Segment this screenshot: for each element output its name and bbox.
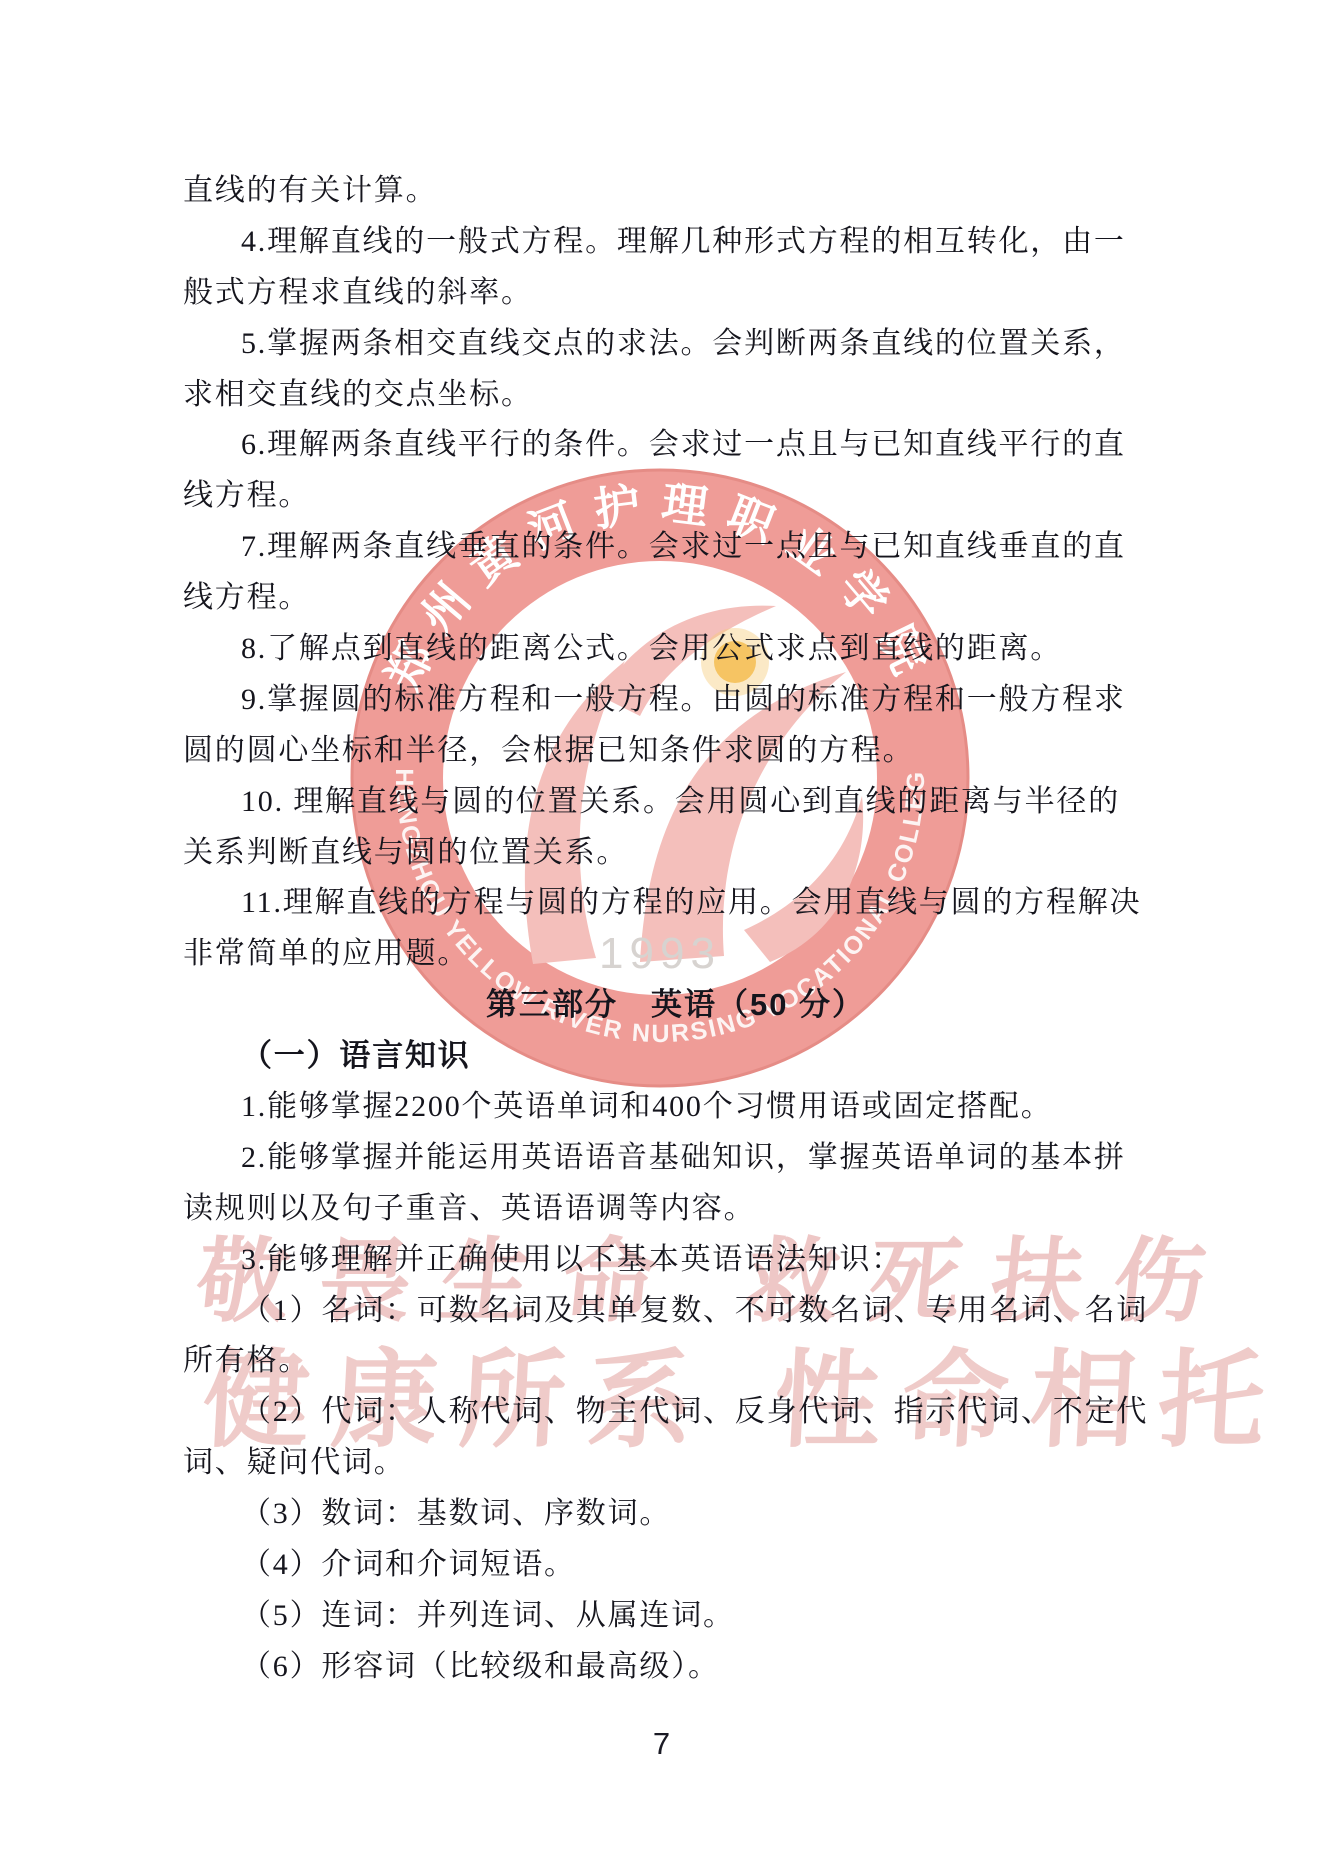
text-line: 直线的有关计算。 (183, 166, 1168, 217)
text-line: 8.了解点到直线的距离公式。会用公式求点到直线的距离。 (183, 624, 1168, 675)
text-line: （5）连词：并列连词、从属连词。 (183, 1591, 1168, 1642)
document-page: 郑州黄河护理职业学院 ZHENGZHOU YELLOW RIVER NURSIN… (0, 0, 1323, 1871)
text-line: （4）介词和介词短语。 (183, 1540, 1168, 1591)
text-line: 求相交直线的交点坐标。 (183, 370, 1168, 421)
text-line: （3）数词：基数词、序数词。 (183, 1489, 1168, 1540)
text-line: 线方程。 (183, 573, 1168, 624)
text-line: 1.能够掌握2200个英语单词和400个习惯用语或固定搭配。 (183, 1082, 1168, 1133)
subsection-heading: （一）语言知识 (183, 1031, 1168, 1082)
text-line: 读规则以及句子重音、英语语调等内容。 (183, 1184, 1168, 1235)
text-line: 9.掌握圆的标准方程和一般方程。由圆的标准方程和一般方程求 (183, 675, 1168, 726)
text-line: 2.能够掌握并能运用英语语音基础知识，掌握英语单词的基本拼 (183, 1133, 1168, 1184)
text-line: 般式方程求直线的斜率。 (183, 268, 1168, 319)
text-line: 6.理解两条直线平行的条件。会求过一点且与已知直线平行的直 (183, 420, 1168, 471)
text-line: 10. 理解直线与圆的位置关系。会用圆心到直线的距离与半径的 (183, 777, 1168, 828)
text-line: 4.理解直线的一般式方程。理解几种形式方程的相互转化，由一 (183, 217, 1168, 268)
text-line: 所有格。 (183, 1336, 1168, 1387)
text-line: 7.理解两条直线垂直的条件。会求过一点且与已知直线垂直的直 (183, 522, 1168, 573)
text-line: 非常简单的应用题。 (183, 929, 1168, 980)
text-line: 5.掌握两条相交直线交点的求法。会判断两条直线的位置关系， (183, 319, 1168, 370)
text-line: （2）代词：人称代词、物主代词、反身代词、指示代词、不定代 (183, 1387, 1168, 1438)
text-line: 11.理解直线的方程与圆的方程的应用。会用直线与圆的方程解决 (183, 878, 1168, 929)
body-text: 直线的有关计算。4.理解直线的一般式方程。理解几种形式方程的相互转化，由一般式方… (183, 166, 1168, 1693)
text-line: 关系判断直线与圆的位置关系。 (183, 828, 1168, 879)
text-line: 词、疑问代词。 (183, 1438, 1168, 1489)
text-line: （6）形容词（比较级和最高级）。 (183, 1642, 1168, 1693)
page-number: 7 (0, 1726, 1323, 1762)
text-line: （1）名词：可数名词及其单复数、不可数名词、专用名词、名词 (183, 1286, 1168, 1337)
text-line: 圆的圆心坐标和半径，会根据已知条件求圆的方程。 (183, 726, 1168, 777)
text-line: 3.能够理解并正确使用以下基本英语语法知识： (183, 1235, 1168, 1286)
section-heading: 第三部分 英语（50 分） (183, 980, 1168, 1031)
text-line: 线方程。 (183, 471, 1168, 522)
